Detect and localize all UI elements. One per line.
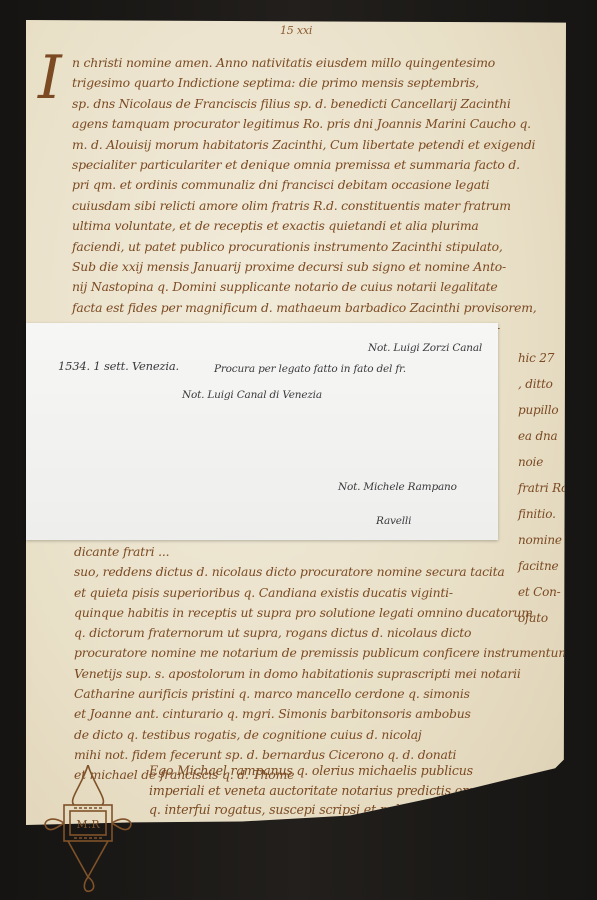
slip-date-place: 1534. 1 sett. Venezia. — [58, 359, 179, 373]
text-line: cuiusdam sibi relicti amore olim fratris… — [72, 196, 537, 216]
slip-notary-bottom: Not. Michele Rampano — [338, 481, 457, 493]
lower-text-block: dicante fratri ... suo, reddens dictus d… — [74, 542, 570, 786]
text-line: q. dictorum fraternorum ut supra, rogans… — [74, 623, 570, 643]
text-line: pri qm. et ordinis communaliz dni franci… — [72, 175, 537, 195]
text-line: Ego Michael rampanus q. olerius michaeli… — [149, 761, 508, 781]
svg-text:M:R: M:R — [76, 818, 100, 831]
main-text-block: n christi nomine amen. Anno nativitatis … — [72, 53, 537, 338]
text-line: m. d. Alouisij morum habitatoris Zacinth… — [72, 135, 537, 155]
text-line: procuratore nomine me notarium de premis… — [74, 643, 570, 663]
text-line: et quieta pisis superioribus q. Candiana… — [74, 583, 570, 603]
slip-description: Procura per legato fatto in fato del fr. — [214, 363, 406, 375]
notarial-signum-icon: M:R — [38, 765, 138, 895]
text-line: n christi nomine amen. Anno nativitatis … — [72, 53, 537, 73]
text-line: agens tamquam procurator legitimus Ro. p… — [72, 114, 537, 134]
text-fragment: fratri Ro. — [518, 475, 571, 501]
text-line: Sub die xxij mensis Januarij proxime dec… — [72, 257, 537, 277]
text-line: sp. dns Nicolaus de Franciscis filius sp… — [72, 94, 537, 114]
text-fragment: , ditto — [518, 371, 571, 397]
text-line: dicante fratri ... — [74, 542, 570, 562]
text-line: ultima voluntate, et de receptis et exac… — [72, 216, 537, 236]
slip-archivist-mark: Ravelli — [376, 515, 411, 527]
text-fragment: pupillo — [518, 397, 571, 423]
slip-notary-top: Not. Luigi Zorzi Canal — [368, 342, 482, 354]
text-line: nij Nastopina q. Domini supplicante nota… — [72, 277, 537, 297]
text-fragment: hic 27 — [518, 345, 571, 371]
text-fragment: noie — [518, 449, 571, 475]
text-line: Catharine aurificis pristini q. marco ma… — [74, 684, 570, 704]
folio-number: 15 xxi — [280, 21, 312, 41]
text-line: facta est fides per magnificum d. mathae… — [72, 298, 537, 318]
text-line: specialiter particulariter et denique om… — [72, 155, 537, 175]
text-line: et Joanne ant. cinturario q. mgri. Simon… — [74, 704, 570, 724]
text-fragment: ea dna — [518, 423, 571, 449]
text-line: Venetijs sup. s. apostolorum in domo hab… — [74, 664, 570, 684]
text-line: quinque habitis in receptis ut supra pro… — [74, 603, 570, 623]
text-line: faciendi, ut patet publico procurationis… — [72, 237, 537, 257]
text-line: suo, reddens dictus d. nicolaus dicto pr… — [74, 562, 570, 582]
decorated-initial: I — [38, 48, 62, 108]
archival-slip: 1534. 1 sett. Venezia. Procura per legat… — [26, 323, 498, 540]
text-fragment: finitio. — [518, 501, 571, 527]
slip-party: Not. Luigi Canal di Venezia — [182, 389, 322, 401]
text-line: de dicto q. testibus rogatis, de cogniti… — [74, 725, 570, 745]
text-line: trigesimo quarto Indictione septima: die… — [72, 73, 537, 93]
